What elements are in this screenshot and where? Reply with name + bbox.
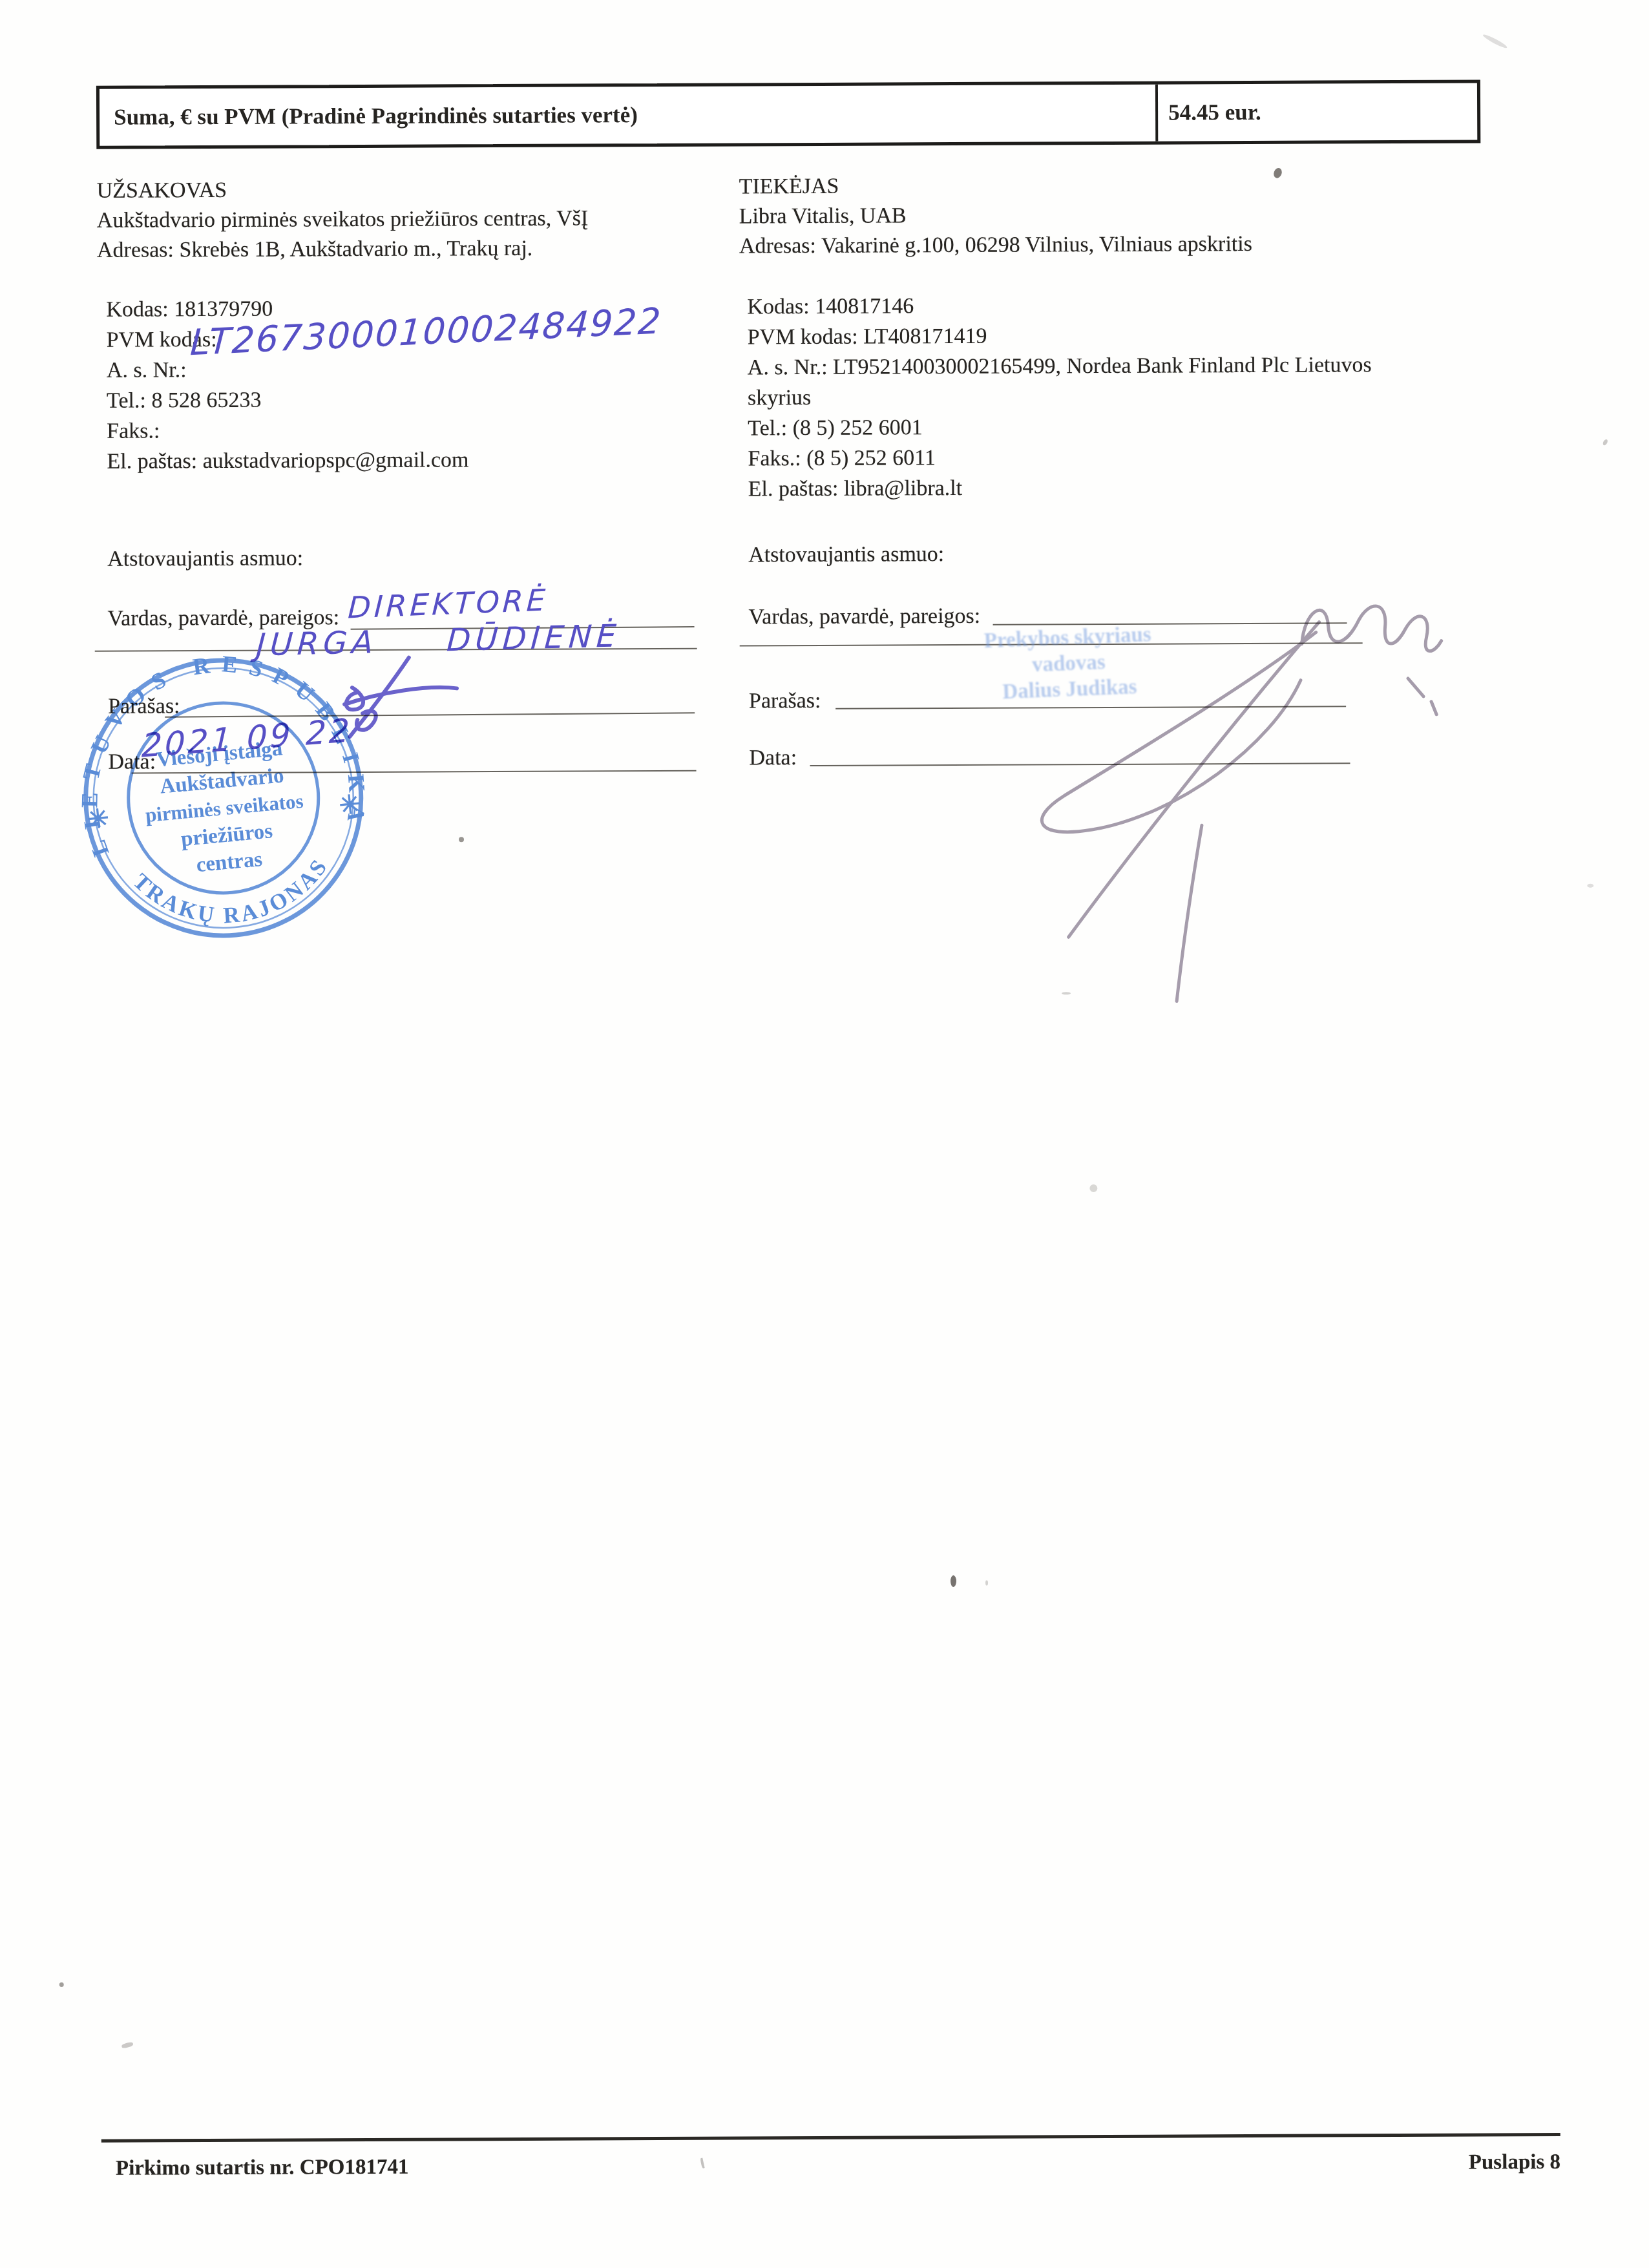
- org-round-stamp-icon: LIETUVOS RESPUBLIKA TRAKŲ RAJONAS ✳ ✳ Vi…: [81, 655, 366, 941]
- supplier-vat-code: PVM kodas: LT408171419: [748, 319, 1372, 352]
- supplier-date-label: Data:: [749, 742, 797, 773]
- buyer-signature-paraph: [342, 652, 478, 750]
- buyer-representative-label: Atstovaujantis asmuo:: [107, 543, 303, 574]
- buyer-tel: Tel.: 8 528 65233: [107, 384, 468, 415]
- supplier-signature-label: Parašas:: [749, 686, 821, 716]
- scan-speck: [1272, 167, 1283, 179]
- supplier-representative-label: Atstovaujantis asmuo:: [748, 539, 944, 570]
- stamp-star-icon: ✳: [86, 803, 110, 834]
- buyer-fax: Faks.:: [107, 414, 468, 446]
- supplier-account-line2: skyrius: [748, 380, 1372, 413]
- buyer-header: UŽSAKOVAS Aukštadvario pirminės sveikato…: [97, 173, 589, 264]
- buyer-name: Aukštadvario pirminės sveikatos priežiūr…: [97, 203, 589, 235]
- scan-speck: [59, 1982, 64, 1987]
- stamp-star-icon: ✳: [338, 790, 362, 821]
- page-content: Suma, € su PVM (Pradinė Pagrindinės suta…: [0, 0, 1649, 2268]
- buyer-address: Adresas: Skrebės 1B, Aukštadvario m., Tr…: [97, 233, 589, 264]
- supplier-role-heading: TIEKĖJAS: [739, 169, 1252, 201]
- scan-speck: [1587, 884, 1593, 888]
- buyer-role-heading: UŽSAKOVAS: [97, 173, 589, 205]
- scan-speck: [121, 2041, 134, 2048]
- scan-speck: [951, 1575, 956, 1587]
- buyer-title-handwritten: DIREKTORĖ: [347, 582, 549, 625]
- summary-label-cell: Suma, € su PVM (Pradinė Pagrindinės suta…: [100, 85, 1158, 146]
- footer-page-number: Puslapis 8: [1297, 2150, 1560, 2176]
- supplier-tel: Tel.: (8 5) 252 6001: [748, 410, 1372, 443]
- scan-speck: [985, 1580, 988, 1586]
- scanned-contract-page: Suma, € su PVM (Pradinė Pagrindinės suta…: [0, 0, 1649, 2268]
- scan-speck: [700, 2158, 704, 2168]
- supplier-email: El. paštas: libra@libra.lt: [748, 471, 1372, 504]
- supplier-name: Libra Vitalis, UAB: [739, 199, 1252, 231]
- buyer-email: El. paštas: aukstadvariopspc@gmail.com: [107, 445, 468, 476]
- scan-speck: [1089, 1184, 1097, 1192]
- supplier-details: Kodas: 140817146 PVM kodas: LT408171419 …: [747, 289, 1372, 504]
- supplier-account-line1: A. s. Nr.: LT952140030002165499, Nordea …: [748, 350, 1372, 383]
- scan-speck: [1602, 439, 1608, 446]
- supplier-header: TIEKĖJAS Libra Vitalis, UAB Adresas: Vak…: [739, 169, 1253, 260]
- footer-rule: [101, 2133, 1560, 2143]
- scan-speck: [459, 837, 464, 842]
- footer-contract-number: Pirkimo sutartis nr. CPO181741: [116, 2156, 409, 2181]
- scan-speck: [1482, 33, 1507, 50]
- supplier-code: Kodas: 140817146: [747, 289, 1371, 322]
- supplier-signature: [1012, 582, 1466, 1029]
- supplier-fax: Faks.: (8 5) 252 6011: [748, 441, 1372, 474]
- stamp-center-line: priežiūros: [180, 819, 273, 851]
- summary-table: Suma, € su PVM (Pradinė Pagrindinės suta…: [96, 79, 1480, 149]
- supplier-name-title-label: Vardas, pavardė, pareigos:: [748, 601, 980, 633]
- stamp-center-line: centras: [195, 848, 264, 877]
- supplier-address: Adresas: Vakarinė g.100, 06298 Vilnius, …: [739, 229, 1252, 260]
- summary-value-cell: 54.45 eur.: [1158, 83, 1477, 141]
